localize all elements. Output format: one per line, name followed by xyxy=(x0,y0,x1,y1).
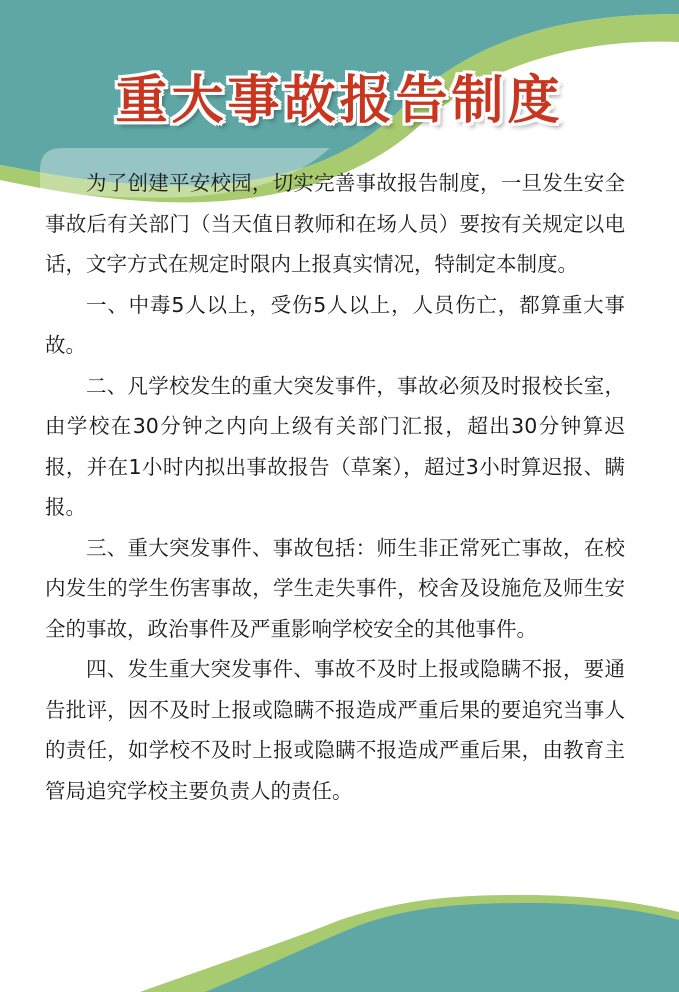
rule-2-paragraph: 二、凡学校发生的重大突发事件，事故必须及时报校长室，由学校在30分钟之内向上级有… xyxy=(45,366,625,528)
document-body: 为了创建平安校园，切实完善事故报告制度，一旦发生安全事故后有关部门（当天值日教师… xyxy=(45,163,625,811)
rule-3-paragraph: 三、重大突发事件、事故包括：师生非正常死亡事故，在校内发生的学生伤害事故，学生走… xyxy=(45,528,625,650)
page-title: 重大事故报告制度 xyxy=(0,58,679,133)
intro-paragraph: 为了创建平安校园，切实完善事故报告制度，一旦发生安全事故后有关部门（当天值日教师… xyxy=(45,163,625,285)
rule-4-paragraph: 四、发生重大突发事件、事故不及时上报或隐瞒不报，要通告批评，因不及时上报或隐瞒不… xyxy=(45,649,625,811)
rule-1-paragraph: 一、中毒5人以上，受伤5人以上，人员伤亡，都算重大事故。 xyxy=(45,285,625,366)
